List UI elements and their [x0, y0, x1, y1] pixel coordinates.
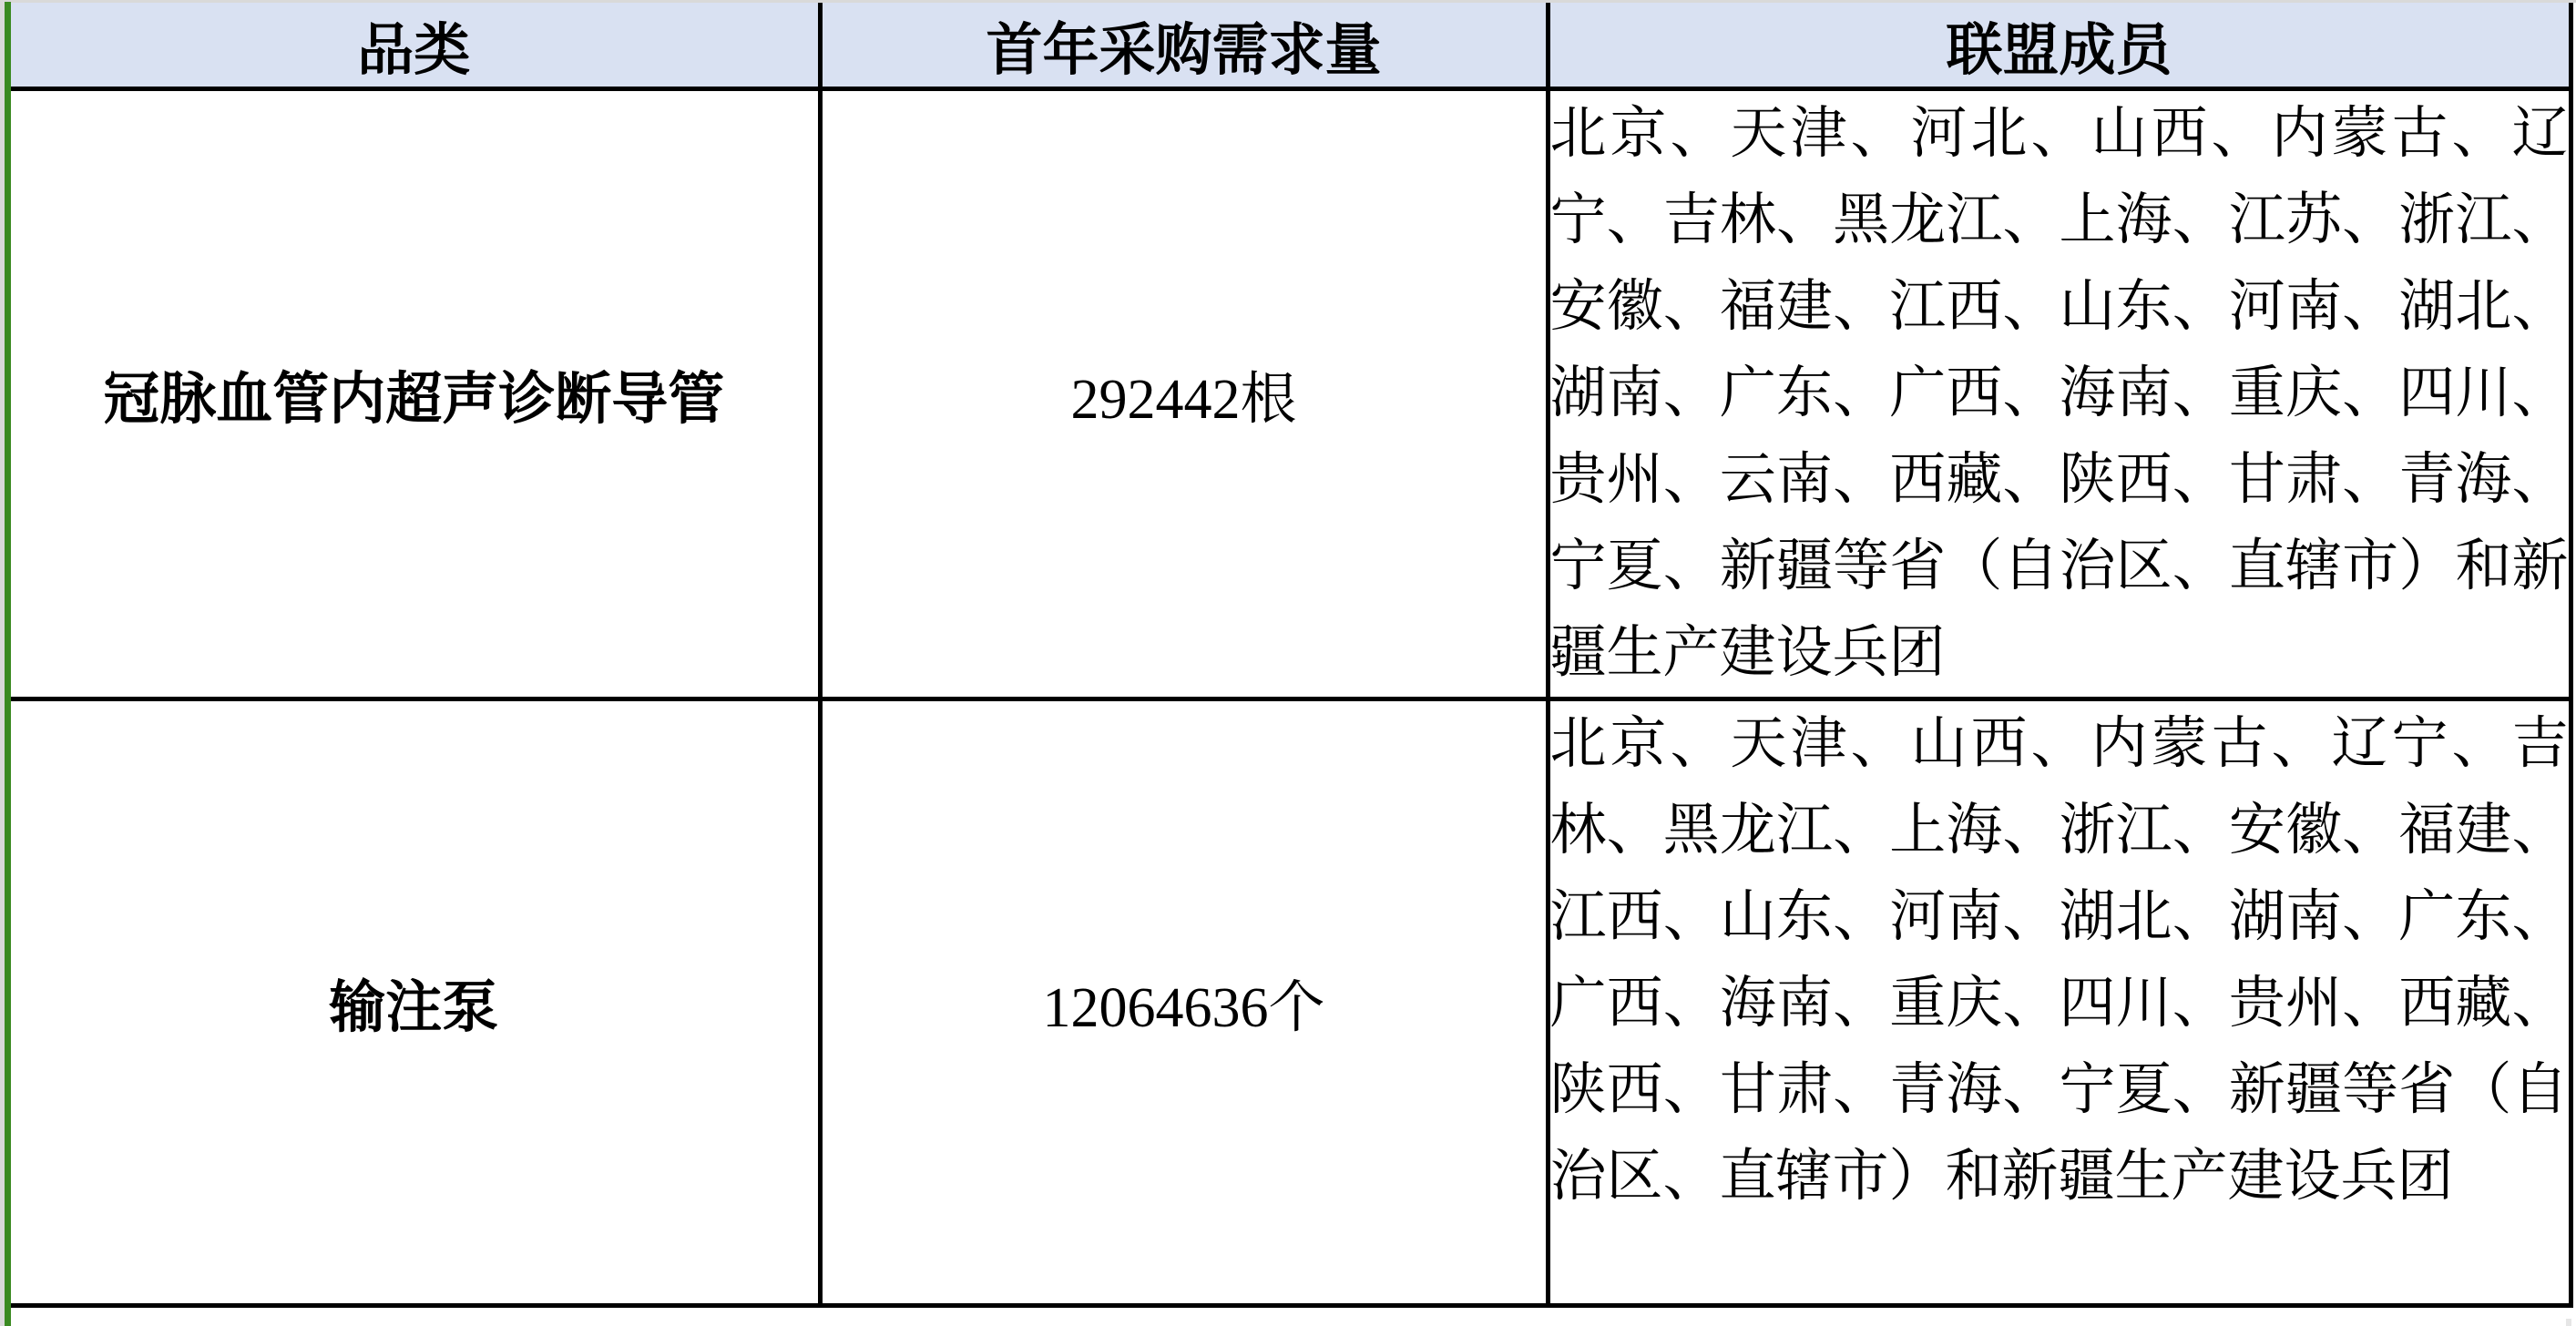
- members-cell: 北京、天津、河北、山西、内蒙古、辽宁、吉林、黑龙江、上海、江苏、浙江、安徽、福建…: [1548, 89, 2571, 699]
- quantity-cell: 292442根: [820, 89, 1548, 699]
- category-cell: 输注泵: [10, 699, 820, 1306]
- procurement-table: 品类 首年采购需求量 联盟成员 冠脉血管内超声诊断导管 292442根 北京、天…: [10, 3, 2573, 1308]
- header-cell-category: 品类: [10, 3, 820, 89]
- table-row-ivus-catheter: 冠脉血管内超声诊断导管 292442根 北京、天津、河北、山西、内蒙古、辽宁、吉…: [10, 89, 2571, 699]
- category-cell: 冠脉血管内超声诊断导管: [10, 89, 820, 699]
- header-cell-members: 联盟成员: [1548, 3, 2571, 89]
- header-row: 品类 首年采购需求量 联盟成员: [10, 3, 2571, 89]
- table-row-infusion-pump: 输注泵 12064636个 北京、天津、山西、内蒙古、辽宁、吉林、黑龙江、上海、…: [10, 699, 2571, 1306]
- next-row-border-sliver: [2566, 1319, 2571, 1326]
- header-cell-quantity: 首年采购需求量: [820, 3, 1548, 89]
- members-cell: 北京、天津、山西、内蒙古、辽宁、吉林、黑龙江、上海、浙江、安徽、福建、江西、山东…: [1548, 699, 2571, 1306]
- green-accent-bar: [5, 2, 11, 1326]
- quantity-cell: 12064636个: [820, 699, 1548, 1306]
